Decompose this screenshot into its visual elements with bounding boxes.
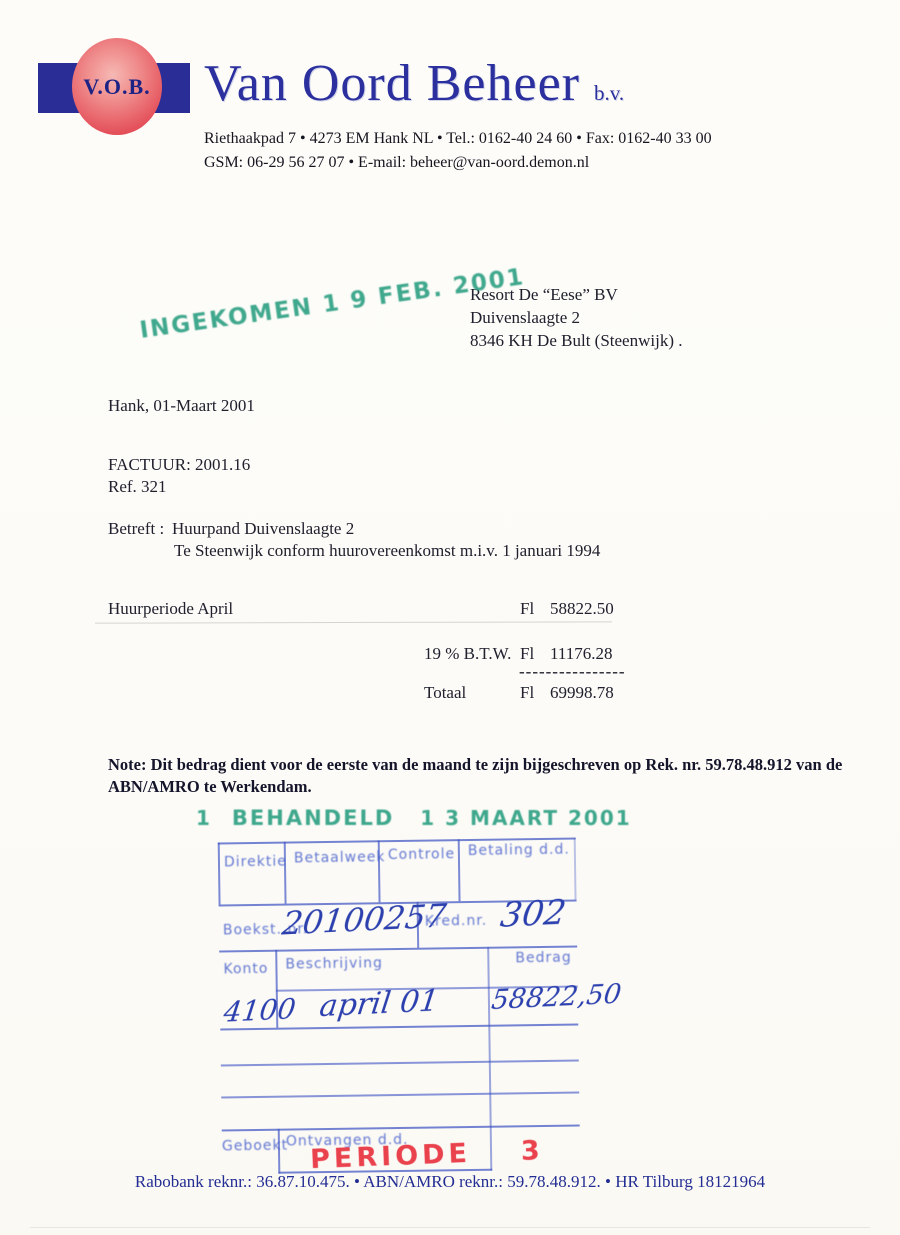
kred-value-handwritten: 302: [498, 893, 568, 936]
vat-currency: Fl: [520, 644, 534, 664]
bank-footer: Rabobank reknr.: 36.87.10.475. • ABN/AMR…: [0, 1172, 900, 1192]
beschrijving-value-handwritten: april 01: [317, 983, 440, 1024]
kred-label: Kred.nr.: [425, 913, 488, 930]
recipient-line2: Duivenslaagte 2: [470, 306, 682, 329]
behandeld-text: BEHANDELD: [232, 806, 394, 830]
recipient-line3: 8346 KH De Bult (Steenwijk) .: [470, 329, 682, 352]
total-currency: Fl: [520, 683, 534, 703]
company-name: Van Oord Beheer b.v.: [204, 58, 624, 110]
recipient-address: Resort De “Eese” BV Duivenslaagte 2 8346…: [470, 283, 682, 352]
behandeld-tick: 1: [196, 806, 212, 830]
reference: Ref. 321: [108, 477, 167, 497]
boekst-value-handwritten: 20100257: [280, 896, 449, 942]
table-line: [284, 842, 287, 904]
totals-divider: ----------------: [519, 662, 626, 682]
bedrag-label: Bedrag: [515, 950, 572, 967]
table-header-betaalweek: Betaalweek: [294, 849, 386, 866]
letterhead-address-line1: Riethaakpad 7 • 4273 EM Hank NL • Tel.: …: [204, 127, 712, 151]
vat-label: 19 % B.T.W.: [424, 644, 511, 664]
behandeld-stamp: 1 BEHANDELD 1 3 MAART 2001: [196, 806, 632, 830]
table-line: [218, 842, 221, 904]
scanned-invoice-page: V.O.B. Van Oord Beheer b.v. Riethaakpad …: [0, 0, 900, 1235]
konto-label: Konto: [223, 961, 268, 978]
total-amount: 69998.78: [550, 683, 614, 703]
periode-stamp-label: PERIODE: [310, 1138, 472, 1175]
invoice-number: FACTUUR: 2001.16: [108, 455, 250, 475]
table-line: [222, 1124, 580, 1131]
processing-stamp-table: Direktie Betaalweek Controle Betaling d.…: [218, 838, 581, 1175]
item-label: Huurperiode April: [108, 599, 233, 619]
subject-line1: Huurpand Duivenslaagte 2: [172, 519, 354, 539]
konto-value-handwritten: 4100: [222, 992, 298, 1029]
beschrijving-label: Beschrijving: [285, 955, 383, 972]
bedrag-value-handwritten: 58822,50: [490, 979, 623, 1016]
vat-amount: 11176.28: [550, 644, 613, 664]
subject-line2: Te Steenwijk conform huurovereenkomst m.…: [174, 541, 600, 561]
company-name-text: Van Oord Beheer: [204, 55, 580, 112]
payment-note-line2: ABN/AMRO te Werkendam.: [108, 777, 312, 797]
subject-label: Betreft :: [108, 519, 164, 539]
vob-logo-icon: V.O.B.: [72, 38, 162, 135]
item-amount: 58822.50: [550, 599, 614, 619]
total-label: Totaal: [424, 683, 466, 703]
table-line: [458, 839, 461, 901]
table-header-controle: Controle: [388, 846, 455, 863]
letterhead-address-line2: GSM: 06-29 56 27 07 • E-mail: beheer@van…: [204, 151, 712, 175]
table-line: [221, 1059, 579, 1066]
ingekomen-stamp: INGEKOMEN 1 9 FEB. 2001: [138, 264, 526, 344]
company-suffix: b.v.: [594, 81, 624, 105]
table-line: [574, 838, 577, 900]
scan-edge-artifact: [30, 1227, 870, 1228]
table-header-betaling: Betaling d.d.: [468, 842, 570, 859]
behandeld-date: 1 3 MAART 2001: [420, 806, 631, 830]
letterhead-address: Riethaakpad 7 • 4273 EM Hank NL • Tel.: …: [204, 127, 712, 175]
table-header-direktie: Direktie: [224, 854, 287, 871]
dateline: Hank, 01-Maart 2001: [108, 396, 255, 416]
scan-rule-line: [95, 621, 612, 623]
table-line: [221, 1091, 579, 1098]
geboekt-label: Geboekt: [222, 1138, 288, 1155]
periode-stamp-value: 3: [520, 1135, 544, 1167]
payment-note-line1: Note: Dit bedrag dient voor de eerste va…: [108, 755, 842, 775]
logo-text: V.O.B.: [83, 74, 150, 100]
item-currency: Fl: [520, 599, 534, 619]
